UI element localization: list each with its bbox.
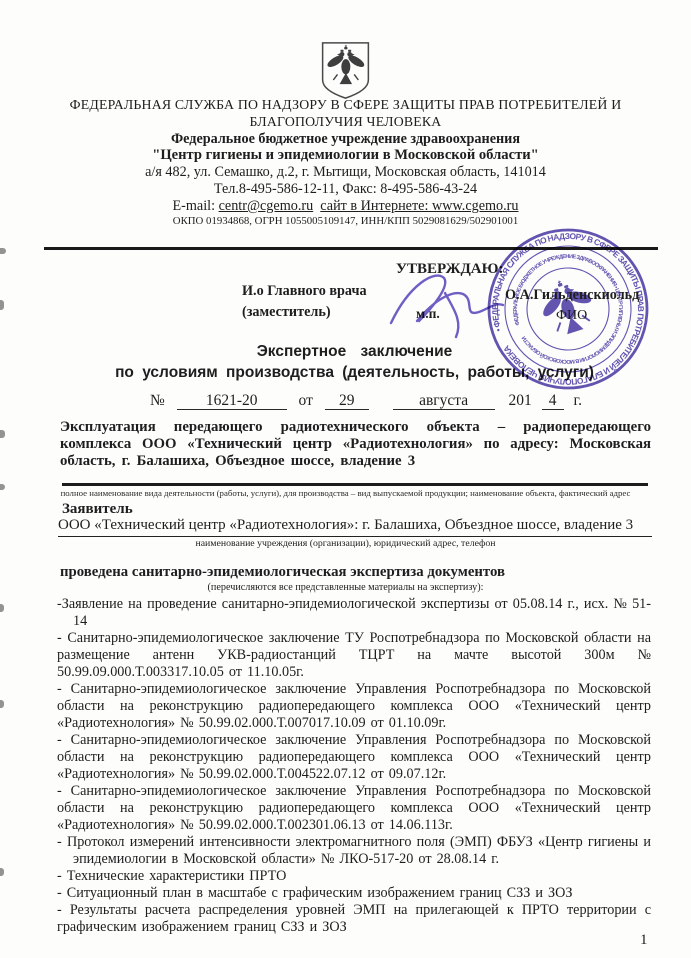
org-type: Федеральное бюджетное учреждение здравоо… [0, 131, 691, 148]
subject-rule [62, 483, 648, 486]
approver-position-line2: (заместитель) [242, 304, 331, 321]
applicant-label: Заявитель [62, 501, 133, 518]
agency-name-line2: БЛАГОПОЛУЧИЯ ЧЕЛОВЕКА [0, 114, 691, 130]
approver-position-line1: И.о Главного врача [242, 283, 367, 300]
scan-artifact [0, 604, 4, 612]
list-item: - Санитарно-эпидемиологическое заключени… [57, 732, 651, 783]
applicant-caption: наименование учреждения (организации), ю… [0, 538, 691, 549]
number-sign: № [150, 392, 165, 409]
materials-list: -Заявление на проведение санитарно-эпиде… [57, 596, 651, 936]
org-phone-fax: Тел.8-495-586-12-11, Факс: 8-495-586-43-… [0, 181, 691, 198]
stamp-eagle-icon [533, 272, 602, 340]
list-item: -Заявление на проведение санитарно-эпиде… [57, 596, 651, 630]
list-item: - Протокол измерений интенсивности элект… [57, 834, 651, 868]
scan-artifact [0, 300, 4, 310]
scan-artifact [0, 248, 6, 254]
document-page: ФЕДЕРАЛЬНАЯ СЛУЖБА ПО НАДЗОРУ В СФЕРЕ ЗА… [0, 0, 691, 958]
list-item: - Ситуационный план в масштабе с графиче… [57, 885, 651, 902]
date-from-label: от [299, 392, 313, 409]
approver-name: О.А.Гильденскиольд [505, 287, 639, 304]
list-item: - Технические характеристики ПРТО [57, 868, 651, 885]
approver-name-caption: ФИО [556, 308, 587, 324]
date-month: августа [393, 392, 495, 410]
email-link: centr@cgemo.ru [219, 198, 314, 214]
activity-description: Эксплуатация передающего радиотехническо… [60, 419, 651, 470]
list-item: - Санитарно-эпидемиологическое заключени… [57, 630, 651, 681]
scan-artifact [0, 868, 4, 876]
expertise-heading: проведена санитарно-эпидемиологическая э… [60, 564, 505, 581]
list-item: - Санитарно-эпидемиологическое заключени… [57, 783, 651, 834]
expertise-subheading: (перечисляются все представленные матери… [0, 582, 691, 593]
coat-of-arms-icon [317, 40, 374, 101]
website-link: сайт в Интернете: www.cgemo.ru [320, 198, 518, 214]
org-address: а/я 482, ул. Семашко, д.2, г. Мытищи, Мо… [0, 164, 691, 181]
list-item: - Результаты расчета распределения уровн… [57, 902, 651, 936]
list-item: - Санитарно-эпидемиологическое заключени… [57, 681, 651, 732]
scan-artifact [0, 700, 4, 708]
date-day: 29 [325, 392, 369, 410]
email-label: E-mail: [172, 198, 215, 214]
org-name: "Центр гигиены и эпидемиологии в Московс… [0, 147, 691, 164]
activity-caption: полное наименование вида деятельности (р… [0, 488, 691, 498]
document-number: 1621-20 [177, 392, 287, 410]
scan-artifact [0, 430, 5, 438]
applicant-value: ООО «Технический центр «Радиотехнология»… [58, 517, 652, 537]
agency-name-line1: ФЕДЕРАЛЬНАЯ СЛУЖБА ПО НАДЗОРУ В СФЕРЕ ЗА… [0, 97, 691, 113]
page-number: 1 [640, 932, 648, 949]
